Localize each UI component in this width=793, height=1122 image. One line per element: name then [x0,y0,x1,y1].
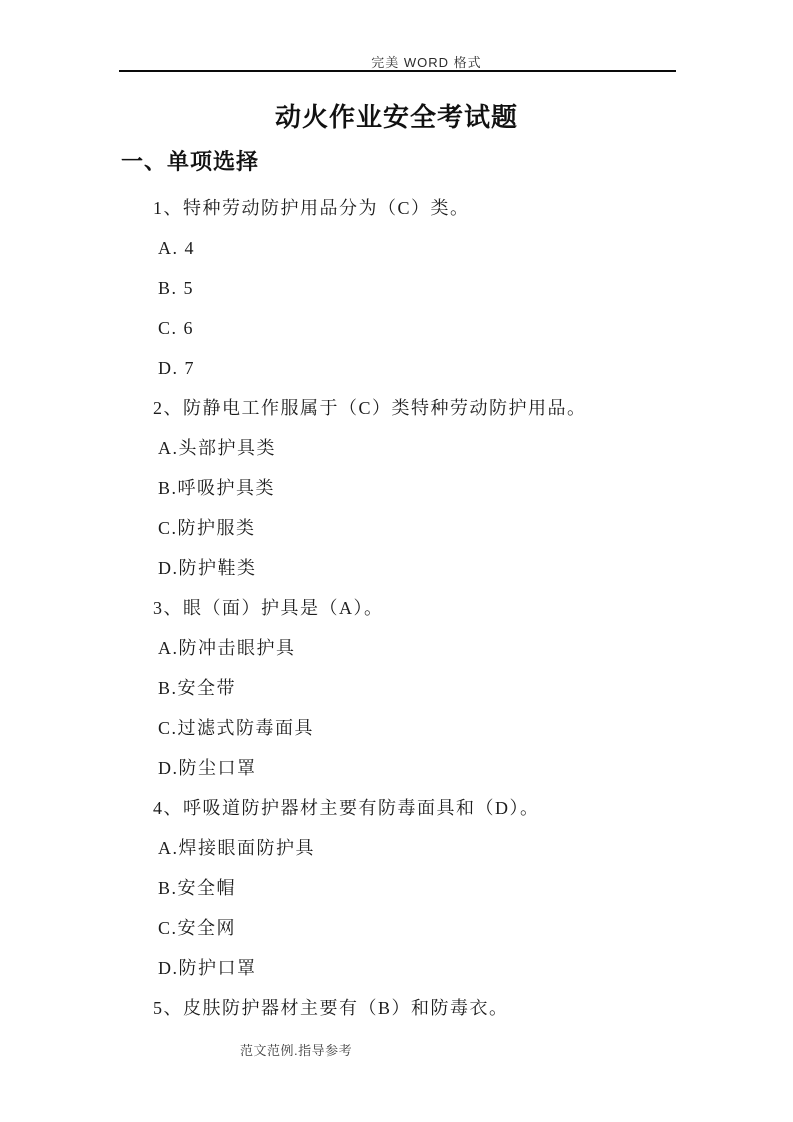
question-block: 5、皮肤防护器材主要有（B）和防毒衣。 [0,998,793,1018]
document-page: 完美 WORD 格式 动火作业安全考试题 一、单项选择 1、特种劳动防护用品分为… [0,0,793,1122]
option-line: D.防护鞋类 [158,558,793,578]
question-block: 4、呼吸道防护器材主要有防毒面具和（D）。 A.焊接眼面防护具 B.安全帽 C.… [0,798,793,978]
question-list: 1、特种劳动防护用品分为（C）类。 A. 4 B. 5 C. 6 D. 7 2、… [0,198,793,1038]
option-line: C.防护服类 [158,518,793,538]
header-rule [119,70,676,72]
option-line: A.头部护具类 [158,438,793,458]
question-text: 1、特种劳动防护用品分为（C）类。 [153,198,793,218]
question-text: 3、眼（面）护具是（A）。 [153,598,793,618]
option-line: D. 7 [158,358,793,378]
option-line: A.焊接眼面防护具 [158,838,793,858]
question-block: 1、特种劳动防护用品分为（C）类。 A. 4 B. 5 C. 6 D. 7 [0,198,793,378]
section-heading: 一、单项选择 [121,145,259,176]
option-line: B.呼吸护具类 [158,478,793,498]
page-header-text: 完美 WORD 格式 [60,52,793,71]
document-title: 动火作业安全考试题 [0,97,793,134]
option-line: B. 5 [158,278,793,298]
question-block: 2、防静电工作服属于（C）类特种劳动防护用品。 A.头部护具类 B.呼吸护具类 … [0,398,793,578]
option-line: A.防冲击眼护具 [158,638,793,658]
option-line: C.过滤式防毒面具 [158,718,793,738]
option-line: A. 4 [158,238,793,258]
option-line: B.安全帽 [158,878,793,898]
page-footer-text: 范文范例.指导参考 [240,1040,352,1059]
question-block: 3、眼（面）护具是（A）。 A.防冲击眼护具 B.安全带 C.过滤式防毒面具 D… [0,598,793,778]
question-text: 4、呼吸道防护器材主要有防毒面具和（D）。 [153,798,793,818]
question-text: 2、防静电工作服属于（C）类特种劳动防护用品。 [153,398,793,418]
option-line: B.安全带 [158,678,793,698]
option-line: C. 6 [158,318,793,338]
option-line: D.防尘口罩 [158,758,793,778]
question-text: 5、皮肤防护器材主要有（B）和防毒衣。 [153,998,793,1018]
option-line: C.安全网 [158,918,793,938]
option-line: D.防护口罩 [158,958,793,978]
